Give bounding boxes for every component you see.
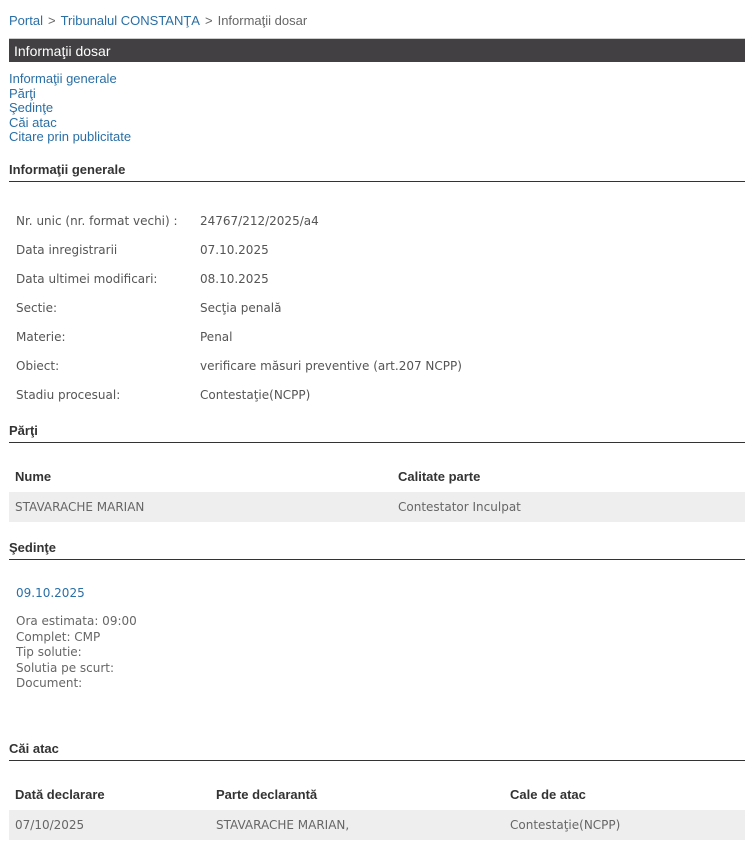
nav-link-citare-prin-publicitate[interactable]: Citare prin publicitate [9, 130, 131, 145]
breadcrumb-separator: > [205, 13, 213, 28]
info-row: Stadiu procesual: Contestaţie(NCPP) [16, 380, 462, 409]
info-label: Data ultimei modificari: [16, 272, 200, 286]
cell-nume: STAVARACHE MARIAN [9, 500, 392, 514]
sedinta-ora-estimata: Ora estimata: 09:00 [16, 614, 137, 630]
breadcrumb: Portal>Tribunalul CONSTANŢA>Informaţii d… [9, 13, 307, 28]
general-info-table: Nr. unic (nr. format vechi) : 24767/212/… [16, 206, 462, 409]
column-header-data-declarare: Dată declarare [9, 787, 210, 802]
breadcrumb-portal-link[interactable]: Portal [9, 13, 43, 28]
info-row: Data ultimei modificari: 08.10.2025 [16, 264, 462, 293]
section-nav: Informaţii generale Părţi Şedinţe Căi at… [9, 72, 131, 145]
cell-calitate-parte: Contestator Inculpat [392, 500, 521, 514]
breadcrumb-separator: > [48, 13, 56, 28]
table-header: Nume Calitate parte [9, 460, 745, 492]
cell-cale-de-atac: Contestaţie(NCPP) [504, 818, 620, 832]
nav-link-informatii-generale[interactable]: Informaţii generale [9, 72, 131, 87]
info-label: Nr. unic (nr. format vechi) : [16, 214, 200, 228]
table-row: 07/10/2025 STAVARACHE MARIAN, Contestaţi… [9, 810, 745, 840]
info-label: Stadiu procesual: [16, 388, 200, 402]
sedinta-document: Document: [16, 676, 137, 692]
info-label: Obiect: [16, 359, 200, 373]
cell-data-declarare: 07/10/2025 [9, 818, 210, 832]
sedinta-block: 09.10.2025 Ora estimata: 09:00 Complet: … [16, 586, 137, 692]
info-value: Secţia penală [200, 301, 281, 315]
info-row: Sectie: Secţia penală [16, 293, 462, 322]
cell-parte-declaranta: STAVARACHE MARIAN, [210, 818, 504, 832]
section-heading-sedinte: Şedinţe [9, 540, 745, 560]
section-heading-cai-atac: Căi atac [9, 741, 745, 761]
info-value: 08.10.2025 [200, 272, 269, 286]
info-row: Data inregistrarii 07.10.2025 [16, 235, 462, 264]
nav-link-sedinte[interactable]: Şedinţe [9, 101, 131, 116]
column-header-nume: Nume [9, 469, 392, 484]
sedinta-date: 09.10.2025 [16, 586, 137, 600]
sedinta-tip-solutie: Tip solutie: [16, 645, 137, 661]
page-title: Informaţii dosar [9, 38, 745, 62]
info-row: Nr. unic (nr. format vechi) : 24767/212/… [16, 206, 462, 235]
info-value: 24767/212/2025/a4 [200, 214, 319, 228]
section-heading-parti: Părţi [9, 423, 745, 443]
column-header-calitate-parte: Calitate parte [392, 469, 480, 484]
breadcrumb-current: Informaţii dosar [218, 13, 308, 28]
nav-link-parti[interactable]: Părţi [9, 87, 131, 102]
info-value: verificare măsuri preventive (art.207 NC… [200, 359, 462, 373]
nav-link-cai-atac[interactable]: Căi atac [9, 116, 131, 131]
sedinta-complet: Complet: CMP [16, 630, 137, 646]
column-header-parte-declaranta: Parte declarantă [210, 787, 504, 802]
column-header-cale-de-atac: Cale de atac [504, 787, 586, 802]
table-header: Dată declarare Parte declarantă Cale de … [9, 778, 745, 810]
info-label: Materie: [16, 330, 200, 344]
cai-atac-table: Dată declarare Parte declarantă Cale de … [9, 778, 745, 840]
info-value: 07.10.2025 [200, 243, 269, 257]
info-value: Penal [200, 330, 232, 344]
info-value: Contestaţie(NCPP) [200, 388, 310, 402]
section-heading-informatii-generale: Informaţii generale [9, 162, 745, 182]
info-row: Materie: Penal [16, 322, 462, 351]
info-label: Data inregistrarii [16, 243, 200, 257]
parti-table: Nume Calitate parte STAVARACHE MARIAN Co… [9, 460, 745, 522]
sedinta-solutia-pe-scurt: Solutia pe scurt: [16, 661, 137, 677]
table-row: STAVARACHE MARIAN Contestator Inculpat [9, 492, 745, 522]
sedinta-details: Ora estimata: 09:00 Complet: CMP Tip sol… [16, 614, 137, 692]
info-label: Sectie: [16, 301, 200, 315]
breadcrumb-tribunal-link[interactable]: Tribunalul CONSTANŢA [61, 13, 200, 28]
info-row: Obiect: verificare măsuri preventive (ar… [16, 351, 462, 380]
